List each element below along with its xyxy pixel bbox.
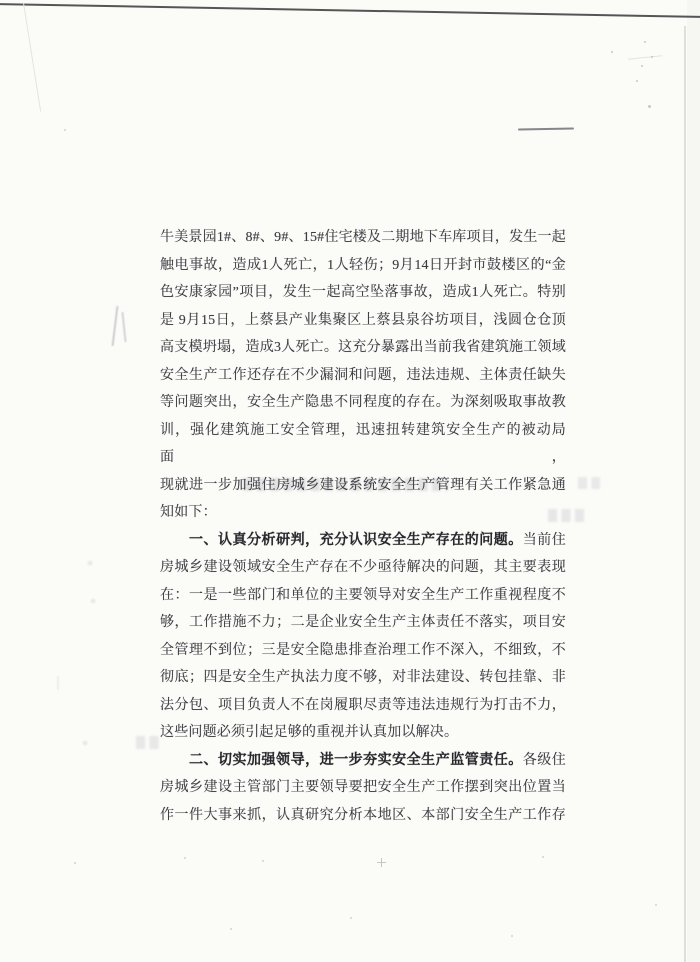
text-line: 这些问题必须引起足够的重视并认真加以解决。 — [160, 719, 566, 747]
scan-pen-dash — [518, 128, 574, 131]
scan-bleedthrough-stroke — [121, 312, 126, 342]
scan-bleedthrough-stroke — [112, 306, 119, 346]
scan-speck — [262, 860, 264, 862]
text-line: 等问题突出，安全生产隐患不同程度的存在。为深刻吸取事故教 — [160, 389, 566, 417]
body-text: 在：一是一些部门和单位的主要领导对安全生产工作重视程度不 — [160, 588, 566, 603]
scan-speck — [651, 56, 653, 58]
body-text: 房城乡建设领域安全生产存在不少亟待解决的问题，其主要表现 — [160, 560, 566, 575]
body-text: 高支模坍塌，造成3人死亡。这充分暴露出当前我省建筑施工领域 — [160, 340, 566, 355]
scan-speck — [611, 51, 613, 53]
body-text: 色安康家园”项目，发生一起高空坠落事故，造成1人死亡。特别 — [160, 285, 566, 300]
body-text: 各级住 — [523, 753, 566, 768]
scan-speck — [648, 105, 651, 108]
scan-right-edge-line — [684, 26, 686, 962]
text-line: 牛美景园1#、8#、9#、15#住宅楼及二期地下车库项目，发生一起 — [160, 224, 566, 252]
scan-faint-dash — [628, 55, 662, 60]
text-line: 二、切实加强领导，进一步夯实安全生产监管责任。各级住 — [160, 747, 566, 775]
scan-speck — [644, 41, 646, 43]
text-line: 知如下： — [160, 499, 566, 527]
scan-left-edge-line — [23, 3, 41, 112]
scan-plus-mark — [377, 858, 386, 867]
text-line: 全管理不到位；三是安全隐患排查治理工作不深入，不细致，不 — [160, 637, 566, 665]
text-line: 是 9月15日，上蔡县产业集聚区上蔡县泉谷坊项目，浅圆仓仓顶 — [160, 307, 566, 335]
scan-speck — [511, 935, 513, 937]
body-text: 够，工作措施不力；二是企业安全生产主体责任不落实，项目安 — [160, 615, 566, 630]
text-line: 房城乡建设领域安全生产存在不少亟待解决的问题，其主要表现 — [160, 554, 566, 582]
text-line: 色安康家园”项目，发生一起高空坠落事故，造成1人死亡。特别 — [160, 279, 566, 307]
body-text: 牛美景园1#、8#、9#、15#住宅楼及二期地下车库项目，发生一起 — [160, 230, 566, 245]
body-text: 现就进一步加强住房城乡建设系统安全生产管理有关工作紧急通 — [160, 478, 566, 493]
text-line: 触电事故，造成1人死亡，1人轻伤；9月14日开封市鼓楼区的“金 — [160, 252, 566, 280]
heading-text: 一、认真分析研判，充分认识安全生产存在的问题。 — [189, 533, 523, 548]
document-text: 牛美景园1#、8#、9#、15#住宅楼及二期地下车库项目，发生一起触电事故，造成… — [160, 224, 566, 829]
scan-speck — [64, 129, 66, 131]
scan-speck — [641, 65, 643, 67]
body-text: 作一件大事来抓，认真研究分析本地区、本部门安全生产工作存 — [160, 808, 566, 823]
scan-speck — [230, 928, 232, 930]
body-text: 知如下： — [160, 505, 217, 520]
body-text: 是 9月15日，上蔡县产业集聚区上蔡县泉谷坊项目，浅圆仓仓顶 — [160, 313, 566, 328]
body-text: 这些问题必须引起足够的重视并认真加以解决。 — [160, 725, 458, 740]
text-line: 在：一是一些部门和单位的主要领导对安全生产工作重视程度不 — [160, 582, 566, 610]
scan-speck — [636, 80, 638, 82]
scan-speck — [542, 856, 544, 858]
body-text: 法分包、项目负责人不在岗履职尽责等违法违规行为打击不力， — [160, 698, 566, 713]
text-line: 够，工作措施不力；二是企业安全生产主体责任不落实，项目安 — [160, 609, 566, 637]
scan-smudge — [91, 599, 95, 603]
scan-speck — [184, 857, 186, 859]
body-text: 全管理不到位；三是安全隐患排查治理工作不深入，不细致，不 — [160, 643, 566, 658]
scan-smudge — [83, 741, 87, 745]
scan-bleedthrough-text — [578, 477, 600, 489]
body-text: 当前住 — [523, 533, 566, 548]
text-line: 现就进一步加强住房城乡建设系统安全生产管理有关工作紧急通 — [160, 472, 566, 500]
scanned-page: 牛美景园1#、8#、9#、15#住宅楼及二期地下车库项目，发生一起触电事故，造成… — [0, 0, 700, 962]
body-text: 触电事故，造成1人死亡，1人轻伤；9月14日开封市鼓楼区的“金 — [160, 258, 566, 273]
body-text: 训，强化建筑施工安全管理，迅速扭转建筑安全生产的被动局面， — [160, 423, 566, 466]
text-line: 高支模坍塌，造成3人死亡。这充分暴露出当前我省建筑施工领域 — [160, 334, 566, 362]
text-line: 作一件大事来抓，认真研究分析本地区、本部门安全生产工作存 — [160, 802, 566, 830]
scan-bleedthrough-text — [136, 736, 162, 749]
scan-streak — [57, 676, 59, 690]
heading-text: 二、切实加强领导，进一步夯实安全生产监管责任。 — [189, 753, 523, 768]
text-line: 安全生产工作还存在不少漏洞和问题，违法违规、主体责任缺失 — [160, 362, 566, 390]
scan-smudge — [88, 561, 92, 565]
scan-speck — [74, 862, 76, 864]
text-line: 一、认真分析研判，充分认识安全生产存在的问题。当前住 — [160, 527, 566, 555]
text-line: 法分包、项目负责人不在岗履职尽责等违法违规行为打击不力， — [160, 692, 566, 720]
text-line: 房城乡建设主管部门主要领导要把安全生产工作摆到突出位置当 — [160, 774, 566, 802]
body-text: 等问题突出，安全生产隐患不同程度的存在。为深刻吸取事故教 — [160, 395, 566, 410]
body-text: 房城乡建设主管部门主要领导要把安全生产工作摆到突出位置当 — [160, 780, 566, 795]
text-line: 彻底；四是安全生产执法力度不够，对非法建设、转包挂靠、非 — [160, 664, 566, 692]
scan-speck — [350, 917, 352, 919]
text-line: 训，强化建筑施工安全管理，迅速扭转建筑安全生产的被动局面， — [160, 417, 566, 472]
scan-speck — [655, 904, 657, 906]
scan-right-margin — [687, 0, 700, 962]
scan-top-edge-line — [0, 3, 700, 18]
body-text: 彻底；四是安全生产执法力度不够，对非法建设、转包挂靠、非 — [160, 670, 566, 685]
body-text: 安全生产工作还存在不少漏洞和问题，违法违规、主体责任缺失 — [160, 368, 566, 383]
